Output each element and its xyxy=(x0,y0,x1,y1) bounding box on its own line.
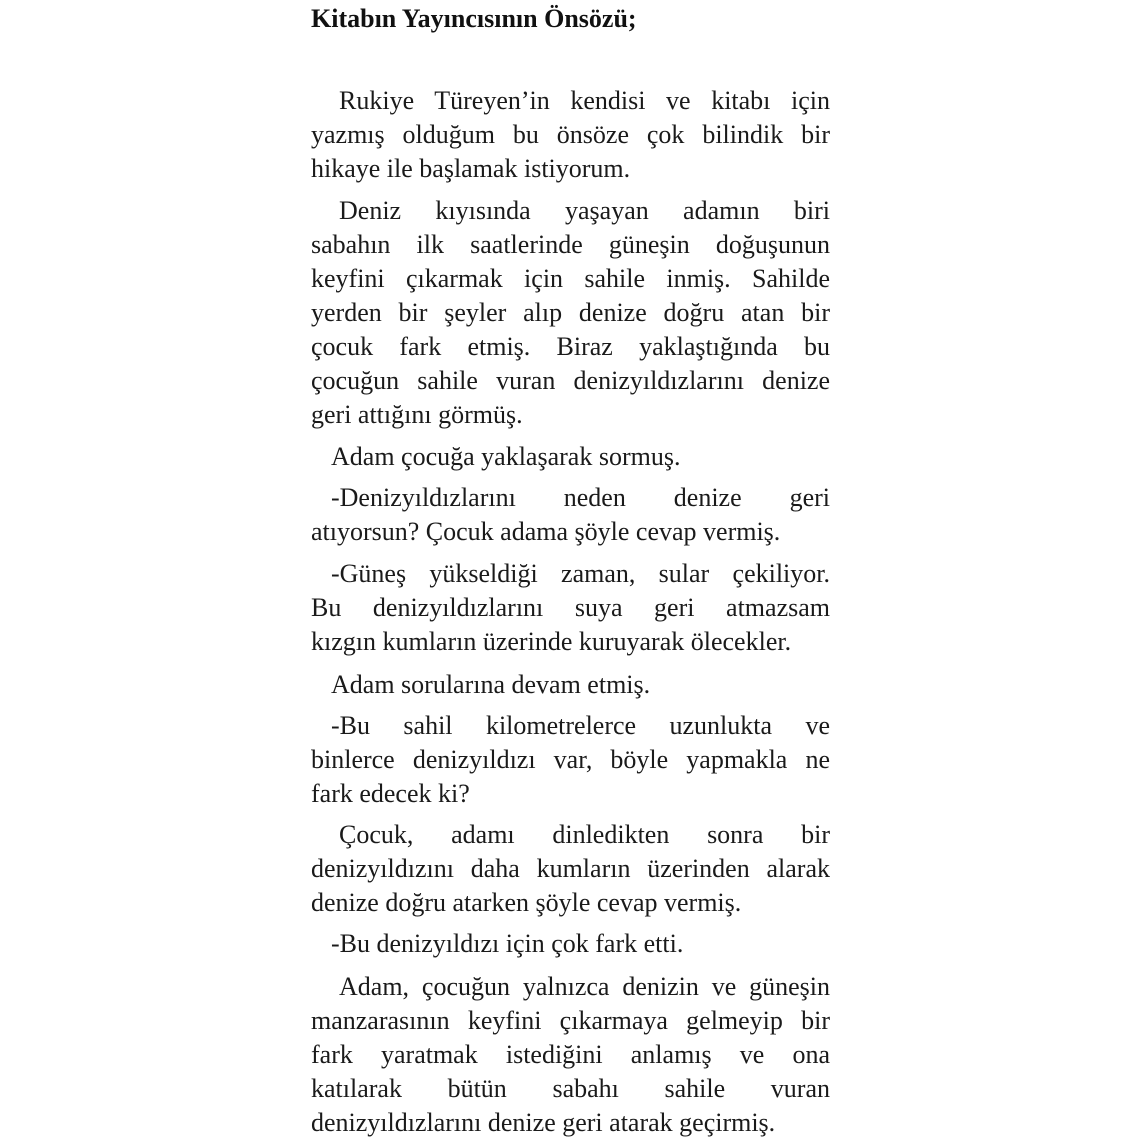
paragraph-story-opening: Deniz kıyısında yaşayan adamın biri saba… xyxy=(311,194,830,432)
text-line: Adam çocuğa yaklaşarak sormuş. xyxy=(311,440,830,474)
text-line: katılarak bütün sabahı sahile vuran xyxy=(311,1072,830,1106)
text-line: -Güneş yükseldiği zaman, sular çekiliyor… xyxy=(311,557,830,591)
text-line: -Denizyıldızlarını neden denize geri xyxy=(311,481,830,515)
paragraph-difference: -Bu denizyıldızı için çok fark etti. xyxy=(311,927,830,961)
paragraph-conclusion: Adam, çocuğun yalnızca denizin ve güneşi… xyxy=(311,970,830,1140)
text-line: -Bu denizyıldızı için çok fark etti. xyxy=(311,927,830,961)
text-line: denizyıldızını daha kumların üzerinden a… xyxy=(311,852,830,886)
page-title: Kitabın Yayıncısının Önsözü; xyxy=(311,2,637,36)
text-line: fark yaratmak istediğini anlamış ve ona xyxy=(311,1038,830,1072)
text-line: keyfini çıkarmak için sahile inmiş. Sahi… xyxy=(311,262,830,296)
paragraph-question: -Denizyıldızlarını neden denize geri atı… xyxy=(311,481,830,549)
text-line: -Bu sahil kilometrelerce uzunlukta ve xyxy=(311,709,830,743)
text-line: Adam sorularına devam etmiş. xyxy=(311,668,830,702)
text-line: denizyıldızlarını denize geri atarak geç… xyxy=(311,1106,830,1140)
text-line: Deniz kıyısında yaşayan adamın biri xyxy=(311,194,830,228)
text-line: hikaye ile başlamak istiyorum. xyxy=(311,152,830,186)
text-line: Rukiye Türeyen’in kendisi ve kitabı için xyxy=(311,84,830,118)
paragraph-child-reply: Çocuk, adamı dinledikten sonra bir deniz… xyxy=(311,818,830,920)
text-line: kızgın kumların üzerinde kuruyarak ölece… xyxy=(311,625,830,659)
text-line: geri attığını görmüş. xyxy=(311,398,830,432)
text-line: manzarasının keyfini çıkarmaya gelmeyip … xyxy=(311,1004,830,1038)
text-line: denize doğru atarken şöyle cevap vermiş. xyxy=(311,886,830,920)
paragraph-man-continues: Adam sorularına devam etmiş. xyxy=(311,668,830,702)
text-line: fark edecek ki? xyxy=(311,777,830,811)
text-line: Adam, çocuğun yalnızca denizin ve güneşi… xyxy=(311,970,830,1004)
text-line: çocuğun sahile vuran denizyıldızlarını d… xyxy=(311,364,830,398)
paragraph-intro: Rukiye Türeyen’in kendisi ve kitabı için… xyxy=(311,84,830,186)
paragraph-man-question-2: -Bu sahil kilometrelerce uzunlukta ve bi… xyxy=(311,709,830,811)
text-line: atıyorsun? Çocuk adama şöyle cevap vermi… xyxy=(311,515,830,549)
text-line: sabahın ilk saatlerinde güneşin doğuşunu… xyxy=(311,228,830,262)
text-line: Çocuk, adamı dinledikten sonra bir xyxy=(311,818,830,852)
text-line: binlerce denizyıldızı var, böyle yapmakl… xyxy=(311,743,830,777)
text-line: çocuk fark etmiş. Biraz yaklaştığında bu xyxy=(311,330,830,364)
text-line: yerden bir şeyler alıp denize doğru atan… xyxy=(311,296,830,330)
paragraph-man-asks: Adam çocuğa yaklaşarak sormuş. xyxy=(311,440,830,474)
text-line: Bu denizyıldızlarını suya geri atmazsam xyxy=(311,591,830,625)
text-line: yazmış olduğum bu önsöze çok bilindik bi… xyxy=(311,118,830,152)
paragraph-child-answer: -Güneş yükseldiği zaman, sular çekiliyor… xyxy=(311,557,830,659)
